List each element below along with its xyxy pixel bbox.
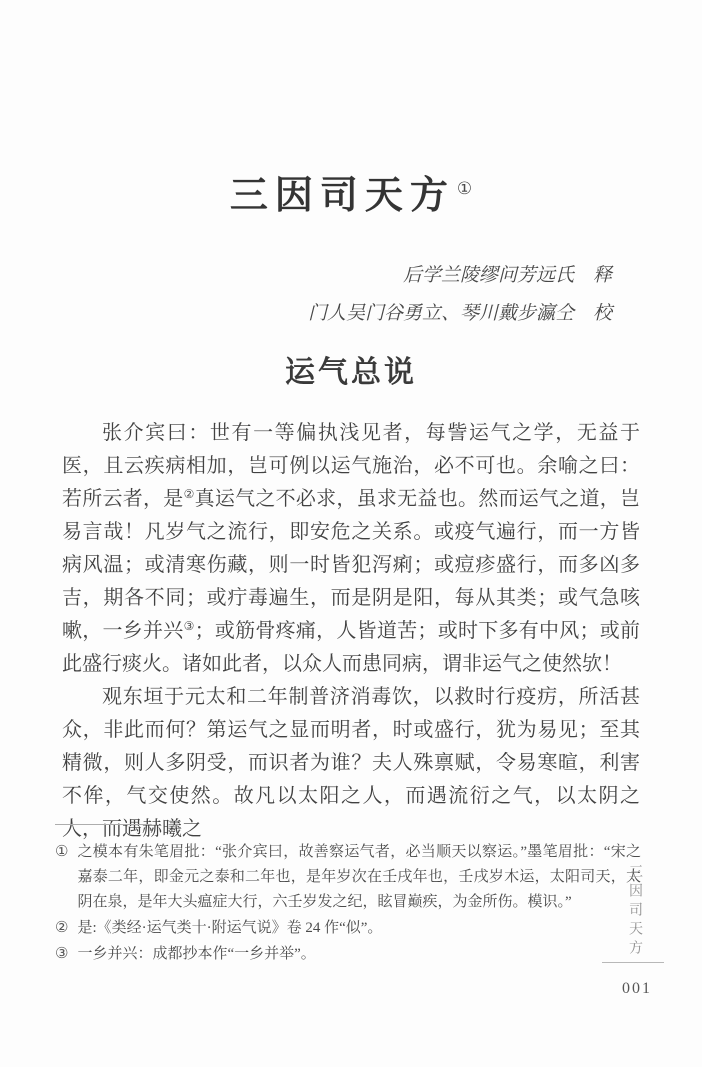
page-number: 001 xyxy=(622,980,652,998)
footnote-marker: ③ xyxy=(55,942,68,967)
inline-footnote-ref: ② xyxy=(184,487,195,501)
footnote-item: ① 之模本有朱笔眉批：“张介宾曰，故善察运气者，必当顺天以察运。”墨笔眉批：“宋… xyxy=(55,840,641,915)
title-footnote-ref: ① xyxy=(457,179,472,198)
inline-footnote-ref: ③ xyxy=(184,619,195,633)
section-heading: 运气总说 xyxy=(62,353,640,393)
footnote-text: 之模本有朱笔眉批：“张介宾曰，故善察运气者，必当顺天以察运。”墨笔眉批：“宋之嘉… xyxy=(77,840,641,915)
book-page: 三因司天方① 后学兰陵缪问芳远氏 释 门人吴门谷勇立、琴川戴步瀛仝 校 运气总说… xyxy=(0,0,702,1067)
footnote-text: 一乡并兴：成都抄本作“一乡并举”。 xyxy=(77,942,641,967)
book-title-text: 三因司天方 xyxy=(230,175,455,217)
footnote-item: ③ 一乡并兴：成都抄本作“一乡并举”。 xyxy=(55,942,641,967)
paragraph: 张介宾曰：世有一等偏执浅见者，每訾运气之学，无益于医，且云疾病相加，岂可例以运气… xyxy=(62,417,640,681)
book-title: 三因司天方① xyxy=(62,166,640,219)
attribution-block: 后学兰陵缪问芳远氏 释 门人吴门谷勇立、琴川戴步瀛仝 校 xyxy=(62,257,640,333)
paragraph: 观东垣于元太和二年制普济消毒饮，以救时行疫疠，所活甚众，非此而何？第运气之显而明… xyxy=(62,681,640,846)
footnote-separator xyxy=(55,824,151,825)
footnote-marker: ① xyxy=(55,840,68,865)
footnote-marker: ② xyxy=(55,916,68,941)
attribution-line-annotator: 后学兰陵缪问芳远氏 释 xyxy=(62,257,612,295)
attribution-line-collators: 门人吴门谷勇立、琴川戴步瀛仝 校 xyxy=(62,295,612,333)
margin-running-title: 三因司天方 xyxy=(624,864,644,959)
page-content: 三因司天方① 后学兰陵缪问芳远氏 释 门人吴门谷勇立、琴川戴步瀛仝 校 运气总说… xyxy=(62,0,640,846)
footnotes-section: ① 之模本有朱笔眉批：“张介宾曰，故善察运气者，必当顺天以察运。”墨笔眉批：“宋… xyxy=(55,824,641,968)
footnote-item: ② 是:《类经·运气类十·附运气说》卷 24 作“似”。 xyxy=(55,916,641,941)
footnote-text: 是:《类经·运气类十·附运气说》卷 24 作“似”。 xyxy=(77,916,641,941)
margin-rule xyxy=(602,962,664,963)
body-text: 张介宾曰：世有一等偏执浅见者，每訾运气之学，无益于医，且云疾病相加，岂可例以运气… xyxy=(62,417,640,846)
